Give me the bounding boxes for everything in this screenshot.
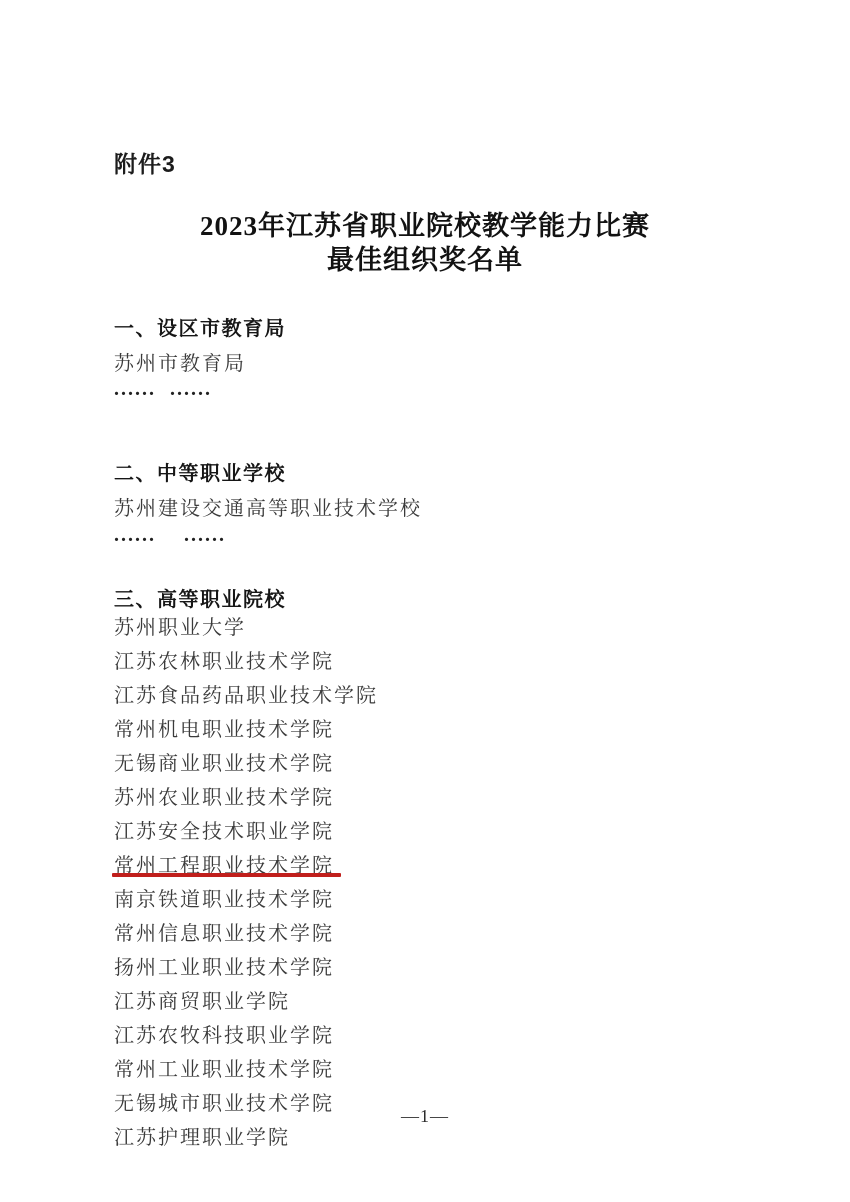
- section-heading-city-education-bureaus: 一、设区市教育局: [114, 312, 286, 341]
- list-item: 苏州职业大学: [114, 611, 378, 645]
- attachment-label: 附件3: [114, 146, 176, 179]
- list-item: 扬州工业职业技术学院: [114, 951, 378, 985]
- list-item: 常州机电职业技术学院: [114, 713, 378, 747]
- list-item: 常州信息职业技术学院: [114, 917, 378, 951]
- list-item: 苏州市教育局: [114, 347, 246, 376]
- list-item: 江苏安全技术职业学院: [114, 815, 378, 849]
- college-list: 苏州职业大学 江苏农林职业技术学院 江苏食品药品职业技术学院 常州机电职业技术学…: [114, 611, 378, 1155]
- list-item: 苏州建设交通高等职业技术学校: [114, 492, 422, 521]
- document-title-line1: 2023年江苏省职业院校教学能力比赛: [0, 209, 850, 243]
- page-number: —1—: [0, 1106, 850, 1127]
- list-item: 江苏农牧科技职业学院: [114, 1019, 378, 1053]
- list-item: 南京铁道职业技术学院: [114, 883, 378, 917]
- document-title-line2: 最佳组织奖名单: [0, 243, 850, 277]
- list-item-highlighted: 常州工程职业技术学院: [114, 849, 378, 883]
- list-item: 常州工业职业技术学院: [114, 1053, 378, 1087]
- section-heading-higher-vocational-colleges: 三、高等职业院校: [114, 583, 286, 612]
- list-item: 江苏商贸职业学院: [114, 985, 378, 1019]
- list-item: 江苏食品药品职业技术学院: [114, 679, 378, 713]
- document-page: 附件3 2023年江苏省职业院校教学能力比赛 最佳组织奖名单 一、设区市教育局 …: [0, 0, 850, 1202]
- list-item: 无锡商业职业技术学院: [114, 747, 378, 781]
- document-title: 2023年江苏省职业院校教学能力比赛 最佳组织奖名单: [0, 209, 850, 277]
- highlight-underline: [112, 873, 341, 877]
- section-heading-secondary-vocational-schools: 二、中等职业学校: [114, 457, 286, 486]
- list-item: 苏州农业职业技术学院: [114, 781, 378, 815]
- ellipsis-line: ...... ......: [114, 378, 212, 401]
- ellipsis-line: ...... ......: [114, 524, 226, 547]
- list-item: 江苏农林职业技术学院: [114, 645, 378, 679]
